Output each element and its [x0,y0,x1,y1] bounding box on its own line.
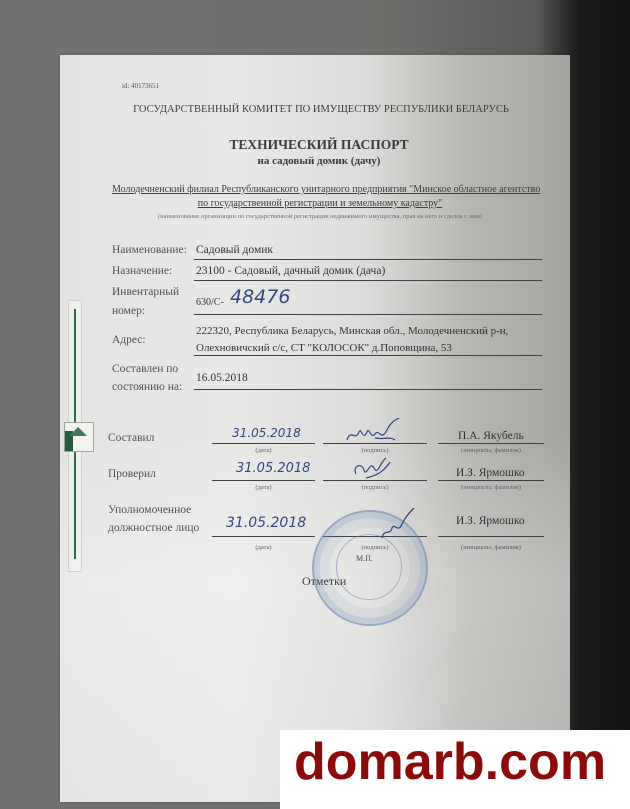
compiled-name-line [438,443,544,444]
name-underline [194,259,542,260]
organization-line-1: Молодечненский филиал Республиканского у… [112,184,540,195]
page-title: ТЕХНИЧЕСКИЙ ПАСПОРТ [0,137,630,153]
authorized-name-line [438,536,544,537]
inventory-prefix: 630/С- [196,297,224,308]
signature-scribble-1 [345,418,405,446]
document-page [60,55,570,802]
name-value: Садовый домик [196,244,273,256]
address-line-2: Олехновичский с/с, СТ "КОЛОСОК" д.Поповщ… [196,342,452,354]
initials-caption: (инициалы, фамилия) [438,484,544,491]
state-label-2: состоянию на: [112,381,182,393]
compiled-date-handwritten: 31.05.2018 [232,426,301,440]
inventory-number-handwritten: 48476 [230,286,290,308]
address-underline [194,355,542,356]
organization-line-2: по государственной регистрации и земельн… [0,198,630,209]
date-caption: (дата) [212,544,315,551]
inventory-label-1: Инвентарный [112,286,179,298]
initials-caption: (инициалы, фамилия) [438,544,544,551]
purpose-value: 23100 - Садовый, дачный домик (дача) [196,265,385,277]
address-line-1: 222320, Республика Беларусь, Минская обл… [196,325,508,337]
arrow-up-icon [69,427,87,436]
authorized-label-1: Уполномоченное [108,504,191,516]
notes-heading: Отметки [302,574,346,589]
seal-mark: М.П. [356,554,373,563]
state-underline [194,389,542,390]
watermark-text: domarb.com [294,732,606,792]
page-subtitle: на садовый домик (дачу) [0,155,630,167]
checked-by-label: Проверил [108,468,156,480]
date-caption: (дата) [212,484,315,491]
inventory-label-2: номер: [112,305,145,317]
compiled-by-name: П.А. Якубель [458,430,524,442]
signature-scribble-2 [352,454,402,484]
binding-tab-icon [64,422,94,452]
state-label-1: Составлен по [112,363,178,375]
authorized-date-handwritten: 31.05.2018 [226,515,306,531]
checked-date-handwritten: 31.05.2018 [236,461,310,476]
inventory-underline [194,314,542,315]
compiled-date-line [212,443,315,444]
authorized-name: И.З. Ярмошко [456,515,525,527]
initials-caption: (инициалы, фамилия) [438,447,544,454]
address-label: Адрес: [112,334,146,346]
signature-caption: (подпись) [323,484,427,491]
checked-name-line [438,480,544,481]
state-date-value: 16.05.2018 [196,372,248,384]
authorized-date-line [212,536,315,537]
purpose-underline [194,280,542,281]
checked-by-name: И.З. Ярмошко [456,467,525,479]
signature-scribble-3 [378,508,418,544]
document-id: id: 40173651 [122,82,159,90]
authorized-label-2: должностное лицо [108,522,199,534]
checked-date-line [212,480,315,481]
purpose-label: Назначение: [112,265,172,277]
watermark-banner: domarb.com [280,730,630,809]
signature-caption: (подпись) [323,447,427,454]
name-label: Наименование: [112,244,187,256]
organization-caption: (наименование организации по государстве… [0,213,630,220]
committee-name: ГОСУДАРСТВЕННЫЙ КОМИТЕТ ПО ИМУЩЕСТВУ РЕС… [0,104,630,115]
compiled-by-label: Составил [108,432,154,444]
date-caption: (дата) [212,447,315,454]
